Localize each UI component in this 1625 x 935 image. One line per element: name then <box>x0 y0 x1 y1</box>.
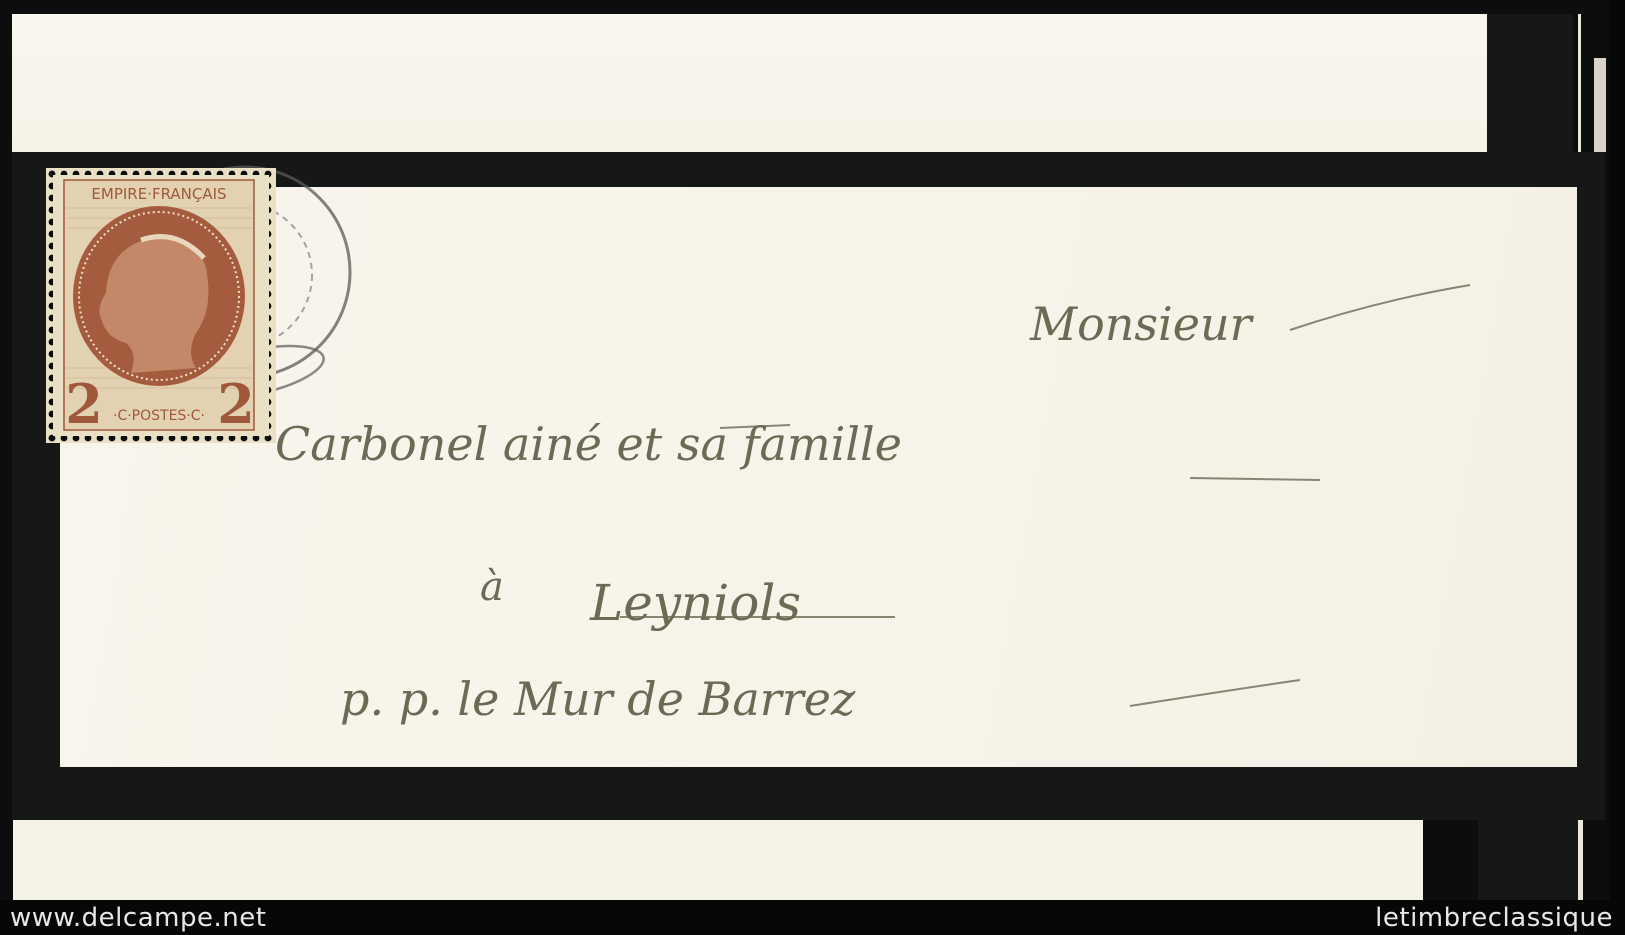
mourning-border-bottom <box>12 767 1605 820</box>
stamp-value-right: 2 <box>217 372 255 436</box>
paper-edge-line <box>1578 14 1581 152</box>
postage-stamp: EMPIRE·FRANÇAIS 2 2 ·C·POSTES·C· <box>46 168 276 443</box>
envelope-scan: EMPIRE·FRANÇAIS 2 2 ·C·POSTES·C· Monsieu… <box>0 0 1625 935</box>
watermark-delcampe: www.delcampe.net <box>10 903 266 933</box>
stamp-value-left: 2 <box>65 372 103 436</box>
envelope-front <box>60 187 1577 767</box>
envelope-flap-bottom <box>13 820 1423 900</box>
mourning-border-right <box>1577 152 1605 820</box>
paper-edge-tab <box>1594 58 1606 152</box>
stamp-top-text: EMPIRE·FRANÇAIS <box>91 185 226 203</box>
mourning-border-right-top <box>1487 14 1573 152</box>
watermark-letimbreclassique: letimbreclassique <box>1375 903 1613 933</box>
paper-edge-line-bottom <box>1578 820 1583 900</box>
envelope-flap-top <box>12 14 1487 152</box>
mourning-border-right-bottom <box>1478 820 1578 900</box>
stamp-bottom-text: ·C·POSTES·C· <box>113 408 205 424</box>
